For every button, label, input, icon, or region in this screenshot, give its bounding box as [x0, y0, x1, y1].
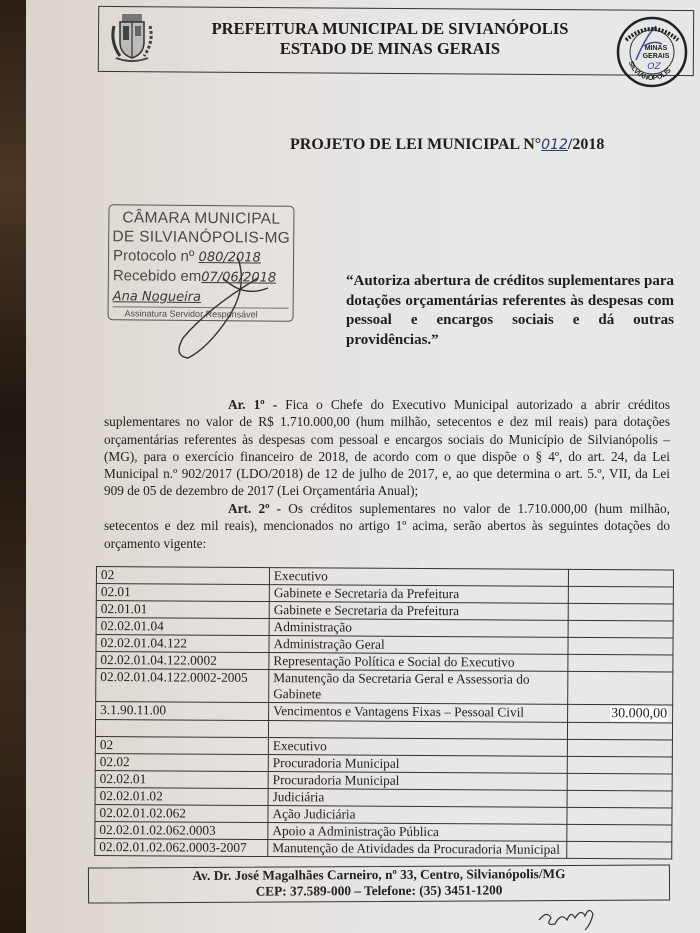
bill-title-prefix: PROJETO DE LEI MUNICIPAL N°	[290, 136, 541, 153]
cell-code: 02.02.01.02	[95, 787, 268, 805]
cell-value: 30.000,00	[568, 704, 673, 723]
bill-title-suffix: /2018	[568, 136, 604, 153]
svg-text:GERAIS: GERAIS	[643, 53, 670, 60]
cell-code: 02	[95, 736, 268, 754]
article-1-label: Ar. 1º -	[104, 397, 277, 412]
letterhead-line1: PREFEITURA MUNICIPAL DE SIVIANÓPOLIS	[180, 19, 600, 39]
cell-value	[567, 773, 672, 791]
article-1-text: Fica o Chefe do Executivo Municipal auto…	[104, 397, 670, 498]
table-row: 02.02.01.04.122.0002-2005Manutenção da S…	[96, 669, 673, 706]
address-footer: Av. Dr. José Magalhães Carneiro, nº 33, …	[88, 864, 670, 903]
cell-value	[568, 620, 673, 638]
cell-description: Procuradoria Municipal	[268, 755, 567, 774]
bill-title: PROJETO DE LEI MUNICIPAL N°012/2018	[290, 136, 604, 154]
cell-value	[567, 841, 672, 859]
cell-code: 02.02.01.04.122	[96, 635, 269, 653]
svg-text:MINAS: MINAS	[645, 45, 668, 52]
cell-description: Vencimentos e Vantagens Fixas – Pessoal …	[269, 703, 568, 723]
cell-value	[568, 654, 673, 672]
coat-of-arms-icon	[106, 12, 158, 64]
cell-description: Manutenção de Atividades da Procuradoria…	[268, 840, 567, 859]
cell-value	[568, 671, 673, 705]
cell-value	[568, 603, 673, 621]
signature-scribble-icon	[168, 248, 288, 368]
cell-description: Ação Judiciária	[268, 806, 567, 825]
cell-description: Gabinete e Secretaria da Prefeitura	[269, 602, 568, 621]
cell-code: 02.02.01.02.062.0003	[95, 821, 268, 839]
cell-code: 02.02.01.04.122.0002	[96, 652, 269, 670]
cell-code: 02.02	[95, 753, 268, 771]
bill-number-handwritten: 012	[541, 137, 568, 153]
article-1: Ar. 1º - Fica o Chefe do Executivo Munic…	[104, 396, 670, 500]
cell-value	[567, 722, 672, 740]
table-row: 02.02.01.02.062.0003-2007Manutenção de A…	[95, 838, 672, 859]
cell-code: 02.02.01	[95, 770, 268, 788]
article-2: Art. 2º - Os créditos suplementares no v…	[104, 500, 670, 552]
cell-value	[568, 569, 673, 587]
cell-code: 3.1.90.11.00	[96, 702, 269, 721]
cell-description: Executivo	[269, 568, 568, 587]
cell-description	[268, 721, 567, 740]
cell-value	[567, 824, 672, 842]
svg-text:OZ: OZ	[647, 62, 661, 72]
cell-code	[95, 720, 268, 738]
cell-value	[567, 790, 672, 808]
cell-value	[568, 637, 673, 655]
stamp-line2: DE SILVIANÓPOLIS-MG	[109, 227, 293, 248]
cell-code: 02.01.01	[96, 601, 269, 619]
round-seal-icon: SILVIANÓPOLIS MINAS GERAIS OZ	[616, 16, 688, 88]
cell-code: 02.02.01.04	[96, 618, 269, 636]
article-2-label: Art. 2º -	[104, 501, 281, 516]
cell-code: 02.02.01.04.122.0002-2005	[96, 669, 269, 703]
cell-value	[567, 739, 672, 757]
handwritten-initials-icon	[535, 902, 605, 932]
cell-description: Judiciária	[268, 789, 567, 808]
letterhead-line2: ESTADO DE MINAS GERAIS	[180, 39, 600, 59]
cell-description: Representação Política e Social do Execu…	[269, 653, 568, 672]
cell-description: Apoio a Administração Pública	[268, 823, 567, 842]
cell-description: Gabinete e Secretaria da Prefeitura	[269, 585, 568, 604]
cell-code: 02	[96, 567, 269, 585]
cell-description: Executivo	[268, 738, 567, 757]
cell-value	[567, 756, 672, 774]
cell-code: 02.02.01.02.062	[95, 804, 268, 822]
budget-allocations-table: 02Executivo02.01Gabinete e Secretaria da…	[94, 566, 674, 860]
stamp-line1: CÂMARA MUNICIPAL	[109, 208, 293, 229]
cell-description: Administração Geral	[269, 636, 568, 655]
cell-value	[568, 586, 673, 604]
cell-description: Procuradoria Municipal	[268, 772, 567, 791]
cell-value	[567, 807, 672, 825]
footer-contact: CEP: 37.589-000 – Telefone: (35) 3451-12…	[89, 881, 669, 900]
cell-code: 02.01	[96, 584, 269, 602]
cell-description: Administração	[269, 619, 568, 638]
bill-summary: “Autoriza abertura de créditos suplement…	[346, 272, 674, 350]
cell-code: 02.02.01.02.062.0003-2007	[95, 838, 268, 856]
cell-description: Manutenção da Secretaria Geral e Assesso…	[269, 670, 568, 705]
letterhead-title: PREFEITURA MUNICIPAL DE SIVIANÓPOLIS EST…	[180, 19, 600, 59]
amount-value: 30.000,00	[610, 706, 668, 721]
